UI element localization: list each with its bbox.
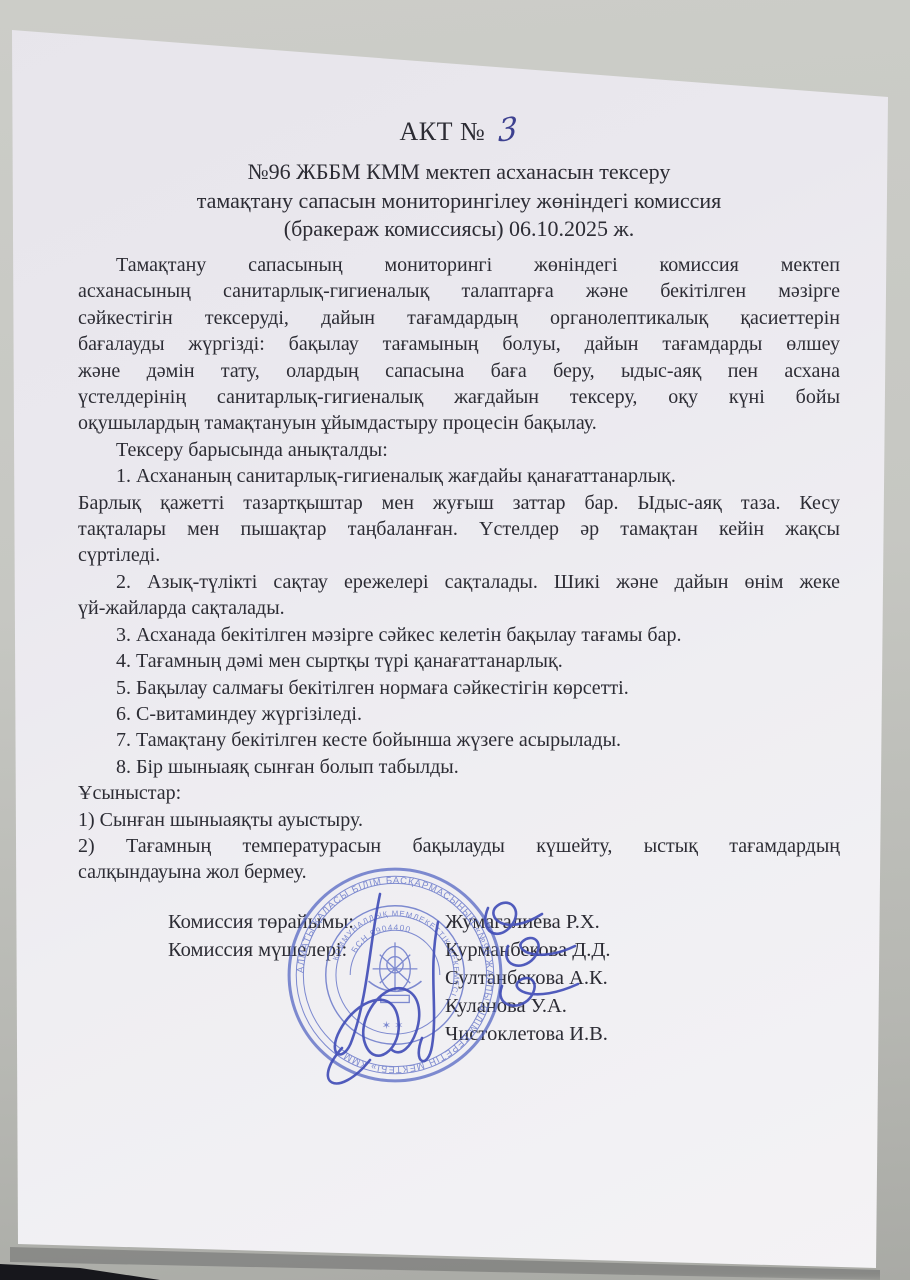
signature-stroke: [500, 978, 578, 1006]
body-line: үстелдерінің санитарлық-гигиеналық жағда…: [78, 384, 840, 410]
document-heading: АКТ № 3 №96 ЖББМ КММ мектеп асханасын те…: [78, 112, 840, 244]
body-line: 2) Тағамның температурасын бақылауды күш…: [78, 833, 840, 859]
body-line: сәйкестігін тексеруді, дайын тағамдардың…: [78, 305, 840, 331]
body-line: 1) Сынған шыныаяқты ауыстыру.: [78, 807, 840, 833]
body-line: бағалауды жүргізді: бақылау тағамының бо…: [78, 331, 840, 357]
body-line: 6. С-витаминдеу жүргізіледі.: [78, 701, 840, 727]
body-line: 2. Азық-түлікті сақтау ережелері сақтала…: [78, 569, 840, 595]
subtitle-line: №96 ЖББМ КММ мектеп асханасын тексеру: [78, 158, 840, 187]
body-line: тақталары мен пышақтар таңбаланған. Үсте…: [78, 516, 840, 542]
body-line: асханасының санитарлық-гигиеналық талапт…: [78, 278, 840, 304]
document-title: АКТ № 3: [78, 112, 840, 148]
body-line: Ұсыныстар:: [78, 780, 840, 806]
body-line: және дәмін тату, олардың сапасына баға б…: [78, 358, 840, 384]
body-line: 5. Бақылау салмағы бекітілген нормаға сә…: [78, 675, 840, 701]
body-line: Барлық қажетті тазартқыштар мен жуғыш за…: [78, 490, 840, 516]
document-body: Тамақтану сапасының мониторингі жөніндег…: [78, 252, 840, 886]
subtitle-line: (бракераж комиссиясы) 06.10.2025 ж.: [78, 215, 840, 244]
body-line: 4. Тағамның дәмі мен сыртқы түрі қанағат…: [78, 648, 840, 674]
document-subtitle: №96 ЖББМ КММ мектеп асханасын тексеру та…: [78, 158, 840, 244]
body-line: Тексеру барысында анықталды:: [78, 437, 840, 463]
body-line: 1. Асхананың санитарлық-гигиеналық жағда…: [78, 463, 840, 489]
body-line: Тамақтану сапасының мониторингі жөніндег…: [78, 252, 840, 278]
signature-stroke: [506, 938, 575, 966]
signature-ink: [280, 858, 640, 1108]
title-prefix: АКТ №: [399, 117, 485, 146]
photo-background: АКТ № 3 №96 ЖББМ КММ мектеп асханасын те…: [0, 0, 910, 1280]
body-line: 7. Тамақтану бекітілген кесте бойынша жү…: [78, 727, 840, 753]
body-line: оқушылардың тамақтануын ұйымдастыру проц…: [78, 410, 840, 436]
body-line: 8. Бір шыныаяқ сынған болып табылды.: [78, 754, 840, 780]
signature-stroke: [335, 894, 419, 1056]
subtitle-line: тамақтану сапасын мониторингілеу жөнінде…: [78, 187, 840, 216]
signature-stroke: [485, 903, 542, 934]
document: АКТ № 3 №96 ЖББМ КММ мектеп асханасын те…: [0, 0, 910, 1280]
body-line: 3. Асханада бекітілген мәзірге сәйкес ке…: [78, 622, 840, 648]
body-line: сүртіледі.: [78, 542, 840, 568]
body-line: үй-жайларда сақталады.: [78, 595, 840, 621]
title-number-handwritten: 3: [498, 110, 519, 150]
signature-stroke: [419, 922, 438, 1061]
signature-stroke: [328, 1048, 370, 1083]
